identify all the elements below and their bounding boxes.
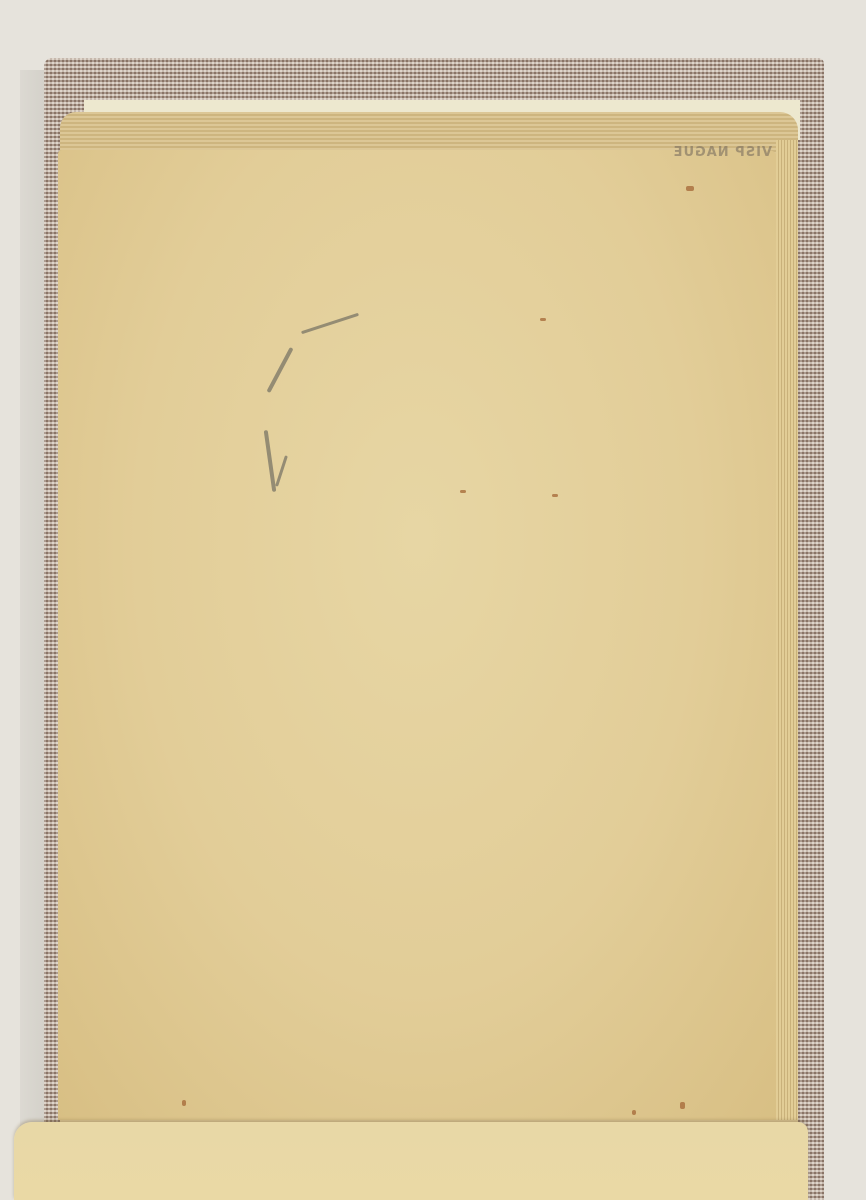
foxing-speck (632, 1110, 636, 1115)
offset-text: VISP NAGUE (662, 146, 772, 176)
foxing-speck (686, 186, 694, 191)
facing-page (14, 1122, 808, 1200)
notebook-page (58, 150, 778, 1120)
foxing-speck (460, 490, 466, 493)
foxing-speck (540, 318, 546, 321)
page-edges (776, 140, 798, 1120)
foxing-speck (552, 494, 558, 497)
foxing-speck (680, 1102, 685, 1109)
foxing-speck (182, 1100, 186, 1106)
